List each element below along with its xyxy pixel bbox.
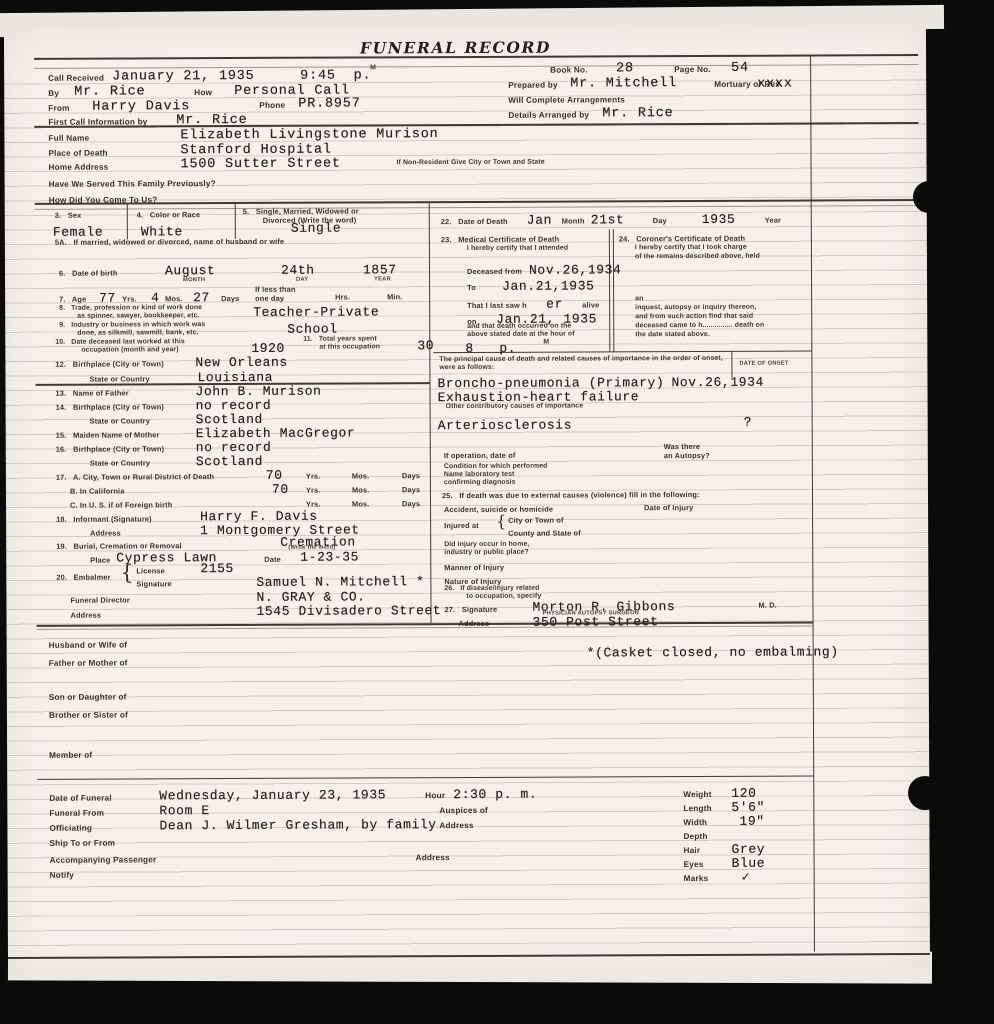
label-17a-mos: Mos. — [352, 471, 369, 480]
value-last-saw-er: er — [546, 297, 563, 312]
label-24-came-to: deceased came to h............... death … — [635, 322, 764, 330]
form-rule — [34, 122, 918, 128]
value-marital: Single — [291, 221, 341, 236]
label-24-inquest: inquest, autopsy or inquiry thereon, — [635, 304, 756, 312]
label-signature: Signature — [136, 579, 171, 588]
label-24-certify-1: I hereby certify that I took charge — [635, 244, 747, 251]
value-full-name: Elizabeth Livingstone Murison — [180, 127, 438, 143]
label-an-autopsy: an Autopsy? — [664, 451, 710, 460]
label-7-age: 7. Age — [59, 295, 86, 304]
label-md: M. D. — [758, 601, 776, 610]
value-call-received-time: 9:45 p. — [300, 68, 371, 83]
value-physician-address: 350 Post Street — [533, 614, 659, 630]
value-father-birthplace: no record — [196, 398, 272, 413]
label-last-saw: That I last saw h — [467, 301, 527, 310]
label-age-days: Days — [221, 294, 239, 303]
label-hour-m: M — [543, 339, 549, 346]
value-contributory-onset: ? — [744, 415, 752, 430]
label-accompanying-passenger: Accompanying Passenger — [50, 855, 157, 864]
value-contributory-cause: Arteriosclerosis — [438, 418, 572, 434]
label-brother-or-sister-of: Brother or Sister of — [49, 710, 128, 719]
label-funeral-director: Funeral Director — [70, 595, 130, 604]
value-17a-yrs: 70 — [266, 468, 283, 483]
label-length: Length — [683, 804, 712, 813]
value-trade-line2: School — [287, 322, 337, 337]
label-death-occurred-2: above stated date at the hour of — [467, 331, 574, 338]
form-rule — [34, 64, 918, 69]
label-day: DAY — [296, 277, 308, 283]
label-14-birthplace: 14. Birthplace (City or Town) — [56, 402, 164, 411]
funeral-record-card: FUNERAL RECORDCall ReceivedJanuary 21, 1… — [4, 24, 930, 974]
label-license: License — [136, 566, 165, 575]
label-ship-to-or-from: Ship To or From — [49, 839, 115, 848]
form-rule — [127, 203, 129, 239]
label-27-address: Address — [459, 619, 490, 628]
label-12-birthplace: 12. Birthplace (City or Town) — [55, 359, 163, 368]
label-served-previously: Have We Served This Family Previously? — [49, 179, 216, 189]
label-24-an: an — [635, 295, 643, 302]
value-home-address: 1500 Sutter Street — [181, 157, 341, 173]
value-length: 5'6" — [731, 800, 765, 815]
label-17c-days: Days — [402, 499, 420, 508]
value-date-of-funeral: Wednesday, January 23, 1935 — [159, 787, 386, 803]
value-phone: PR.8957 — [298, 96, 360, 111]
embalmer-brace: { — [120, 560, 133, 584]
value-marks-check: ✓ — [742, 870, 751, 885]
label-24-certify-2: of the remains described above, held — [635, 253, 760, 261]
label-home-address: Home Address — [49, 163, 109, 172]
form-rule — [731, 351, 732, 378]
form-rule — [810, 55, 815, 951]
label-phone: Phone — [259, 101, 285, 110]
label-auspices-of: Auspices of — [439, 806, 488, 815]
value-last-worked: 1920 — [251, 341, 285, 356]
label-11-total-years-1: 11. Total years spent — [303, 335, 376, 342]
value-mother-name: Elizabeth MacGregor — [196, 425, 356, 441]
value-embalmer-signature: Samuel N. Mitchell * — [256, 574, 424, 590]
label-deceased-from: Deceased from — [467, 267, 522, 276]
label-hrs: Hrs. — [335, 293, 350, 302]
value-first-call-info: Mr. Rice — [176, 113, 247, 128]
value-father-name: John B. Murison — [195, 384, 321, 400]
label-hair: Hair — [684, 846, 701, 855]
label-principal-cause-2: were as follows: — [439, 364, 494, 371]
label-25-external-causes: 25. If death was due to external causes … — [442, 490, 700, 500]
value-death-day: 21st — [591, 212, 625, 227]
label-full-name: Full Name — [48, 134, 89, 143]
label-first-call-info: First Call Information by — [48, 117, 147, 126]
label-book-no: Book No. — [550, 65, 588, 74]
form-rule — [429, 202, 432, 623]
form-rule — [433, 350, 811, 353]
label-17b-days: Days — [402, 485, 420, 494]
label-date-of-injury: Date of Injury — [644, 503, 693, 512]
value-deceased-from: Nov.26,1934 — [529, 262, 621, 277]
label-date-of-onset: DATE OF ONSET — [739, 361, 788, 367]
label-17c: C. In U. S. if of Foreign birth — [70, 500, 172, 509]
label-17c-yrs: Yrs. — [306, 500, 321, 509]
label-marks: Marks — [684, 874, 709, 883]
label-23-medical-certificate: 23. Medical Certificate of Death — [441, 235, 560, 245]
value-by: Mr. Rice — [74, 84, 145, 99]
label-how: How — [194, 88, 212, 97]
label-10-last-worked-2: occupation (month and year) — [81, 346, 178, 353]
value-prepared-by: Mr. Mitchell — [570, 76, 677, 91]
label-4-color-race: 4. Color or Race — [137, 210, 201, 219]
label-call-received: Call Received — [48, 74, 104, 83]
value-trade-line1: Teacher-Private — [253, 304, 379, 320]
label-8-trade-2: as spinner, sawyer, bookkeeper, etc. — [77, 312, 199, 320]
label-24-action: and from such action find that said — [635, 313, 753, 321]
value-17b-yrs: 70 — [272, 482, 289, 497]
label-17b-mos: Mos. — [352, 485, 369, 494]
label-3-sex: 3. Sex — [55, 211, 82, 220]
label-father-or-mother-of: Father or Mother of — [49, 658, 128, 667]
value-birthplace-state: Louisiana — [197, 370, 273, 385]
value-death-hour: 8 — [465, 341, 473, 356]
value-birth-day: 24th — [281, 263, 315, 278]
label-death-occurred-1: and that death occurred on the — [467, 323, 571, 330]
scan-background: FUNERAL RECORDCall ReceivedJanuary 21, 1… — [0, 0, 994, 1024]
value-death-month: Jan — [527, 213, 552, 228]
label-funeral-from: Funeral From — [49, 809, 104, 818]
label-by: By — [48, 89, 59, 98]
form-rule — [609, 229, 611, 351]
label-18-address: Address — [90, 529, 121, 538]
value-age-days: 27 — [193, 290, 210, 305]
label-8-trade-1: 8. Trade, profession or kind of work don… — [59, 304, 202, 312]
form-rule — [35, 199, 919, 205]
label-how-come-to-us: How Did You Come To Us? — [49, 195, 158, 204]
value-birthplace-city: New Orleans — [195, 355, 287, 370]
label-if-less-than-2: one day — [255, 294, 284, 303]
label-17b-yrs: Yrs. — [306, 486, 321, 495]
label-details-arranged-by: Details Arranged by — [508, 110, 589, 119]
label-age-mos: Mos. — [165, 294, 182, 303]
label-13-father: 13. Name of Father — [56, 388, 129, 397]
label-place-of-death: Place of Death — [48, 149, 107, 158]
label-9-industry-1: 9. Industry or business in which work wa… — [59, 321, 205, 329]
label-principal-cause-1: The principal cause of death and related… — [439, 355, 722, 363]
value-total-years: 30 — [417, 338, 434, 353]
form-rule — [8, 953, 930, 959]
label-fd-address: Address — [70, 611, 101, 620]
label-9-industry-2: done, as silkmill, sawmill, bank, etc. — [77, 329, 198, 337]
form-rule — [37, 775, 813, 780]
label-year: YEAR — [374, 276, 391, 282]
label-17a-yrs: Yrs. — [306, 472, 321, 481]
label-20-embalmer: 20. Embalmer — [56, 573, 110, 582]
value-fd-address: 1545 Divisadero Street — [256, 603, 441, 619]
label-was-there: Was there — [664, 442, 700, 451]
value-officiating: Dean J. Wilmer Gresham, by family — [159, 817, 436, 833]
label-meridian-m: M — [370, 64, 376, 71]
value-details-arranged-by: Mr. Rice — [602, 106, 673, 121]
label-19-date: Date — [264, 555, 281, 564]
label-hour: Hour — [425, 791, 445, 800]
value-age-yrs: 77 — [99, 291, 116, 306]
injured-at-brace: { — [496, 512, 506, 531]
value-width: 19" — [739, 814, 764, 829]
label-26-disease-1: 26. If disease/injury related — [444, 585, 539, 592]
value-father-state: Scotland — [196, 412, 263, 427]
value-age-mos: 4 — [151, 290, 159, 305]
binder-notch-bottom — [908, 776, 942, 810]
label-14-state: State or Country — [90, 416, 150, 425]
label-condition-performed: Condition for which performed — [444, 463, 548, 470]
label-death-month: Month — [562, 216, 585, 225]
value-funeral-from: Room E — [159, 803, 209, 818]
value-license: 2155 — [200, 561, 234, 576]
form-rule — [35, 205, 919, 210]
value-eyes: Blue — [732, 856, 766, 871]
value-cause-primary-onset: Nov.26,1934 — [671, 375, 763, 390]
label-will-complete-arrangements: Will Complete Arrangements — [508, 95, 625, 105]
label-24-coroner-certificate: 24. Coroner's Certificate of Death — [619, 234, 745, 244]
label-page-no: Page No. — [674, 65, 711, 74]
label-17c-mos: Mos. — [352, 499, 369, 508]
value-burial-date: 1-23-35 — [300, 549, 359, 564]
label-other-contributory: Other contributory causes of importance — [446, 402, 584, 410]
label-injured-at: Injured at — [444, 521, 479, 530]
value-book-no: 28 — [616, 61, 634, 76]
label-city-or-town-of: City or Town of — [508, 516, 564, 525]
label-name-laboratory: Name laboratory test — [444, 471, 515, 478]
label-member-of: Member of — [49, 751, 92, 760]
value-casket-note: *(Casket closed, no embalming) — [587, 644, 839, 660]
label-12-state: State or Country — [89, 374, 149, 383]
label-11-total-years-2: at this occupation — [319, 343, 380, 350]
value-page-no: 54 — [731, 61, 749, 76]
label-width: Width — [683, 818, 707, 827]
label-5a: 5A. If married, widowed or divorced, nam… — [55, 237, 284, 247]
label-27-signature: 27. Signature — [444, 605, 497, 614]
label-deceased-to: To — [467, 283, 476, 292]
label-22-date-of-death: 22. Date of Death — [441, 217, 508, 226]
label-prepared-by: Prepared by — [508, 81, 558, 90]
label-month: MONTH — [183, 277, 205, 283]
form-rule — [612, 229, 614, 351]
label-county-and-state-of: County and State of — [508, 529, 581, 538]
label-son-or-daughter-of: Son or Daughter of — [49, 692, 127, 701]
label-17b: B. In California — [70, 486, 125, 495]
value-mother-birthplace: no record — [196, 440, 272, 455]
label-confirming-diagnosis: confirming diagnosis — [444, 479, 516, 486]
label-date-of-funeral: Date of Funeral — [49, 794, 112, 803]
form-rule — [235, 203, 237, 239]
label-manner-of-injury: Manner of Injury — [444, 563, 504, 572]
label-age-yrs: Yrs. — [122, 294, 137, 303]
value-weight: 120 — [731, 786, 756, 801]
label-if-less-than-1: If less than — [255, 285, 295, 294]
value-deceased-to: Jan.21,1935 — [502, 278, 594, 293]
label-eyes: Eyes — [684, 860, 704, 869]
label-if-operation: If operation, date of — [444, 451, 516, 460]
label-6-date-of-birth: 6. Date of birth — [59, 269, 118, 278]
label-26-disease-2: to occupation, specify — [466, 593, 541, 600]
value-call-received-date: January 21, 1935 — [112, 69, 254, 85]
value-birth-month: August — [165, 263, 215, 278]
label-non-resident: If Non-Resident Give City or Town and St… — [397, 159, 545, 167]
label-depth: Depth — [683, 832, 707, 841]
value-mortuary-strikeout: xxxx — [757, 77, 793, 92]
label-18-informant: 18. Informant (Signature) — [56, 514, 152, 523]
label-16-birthplace: 16. Birthplace (City or Town) — [56, 444, 164, 453]
label-accompanying-address: Address — [416, 853, 450, 862]
label-24-date-stated: the date stated above. — [635, 331, 710, 338]
form-title: FUNERAL RECORD — [360, 38, 551, 58]
label-16-state: State or Country — [90, 458, 150, 467]
label-23-attended: I hereby certify that I attended — [467, 245, 568, 252]
binder-notch-top — [913, 181, 945, 213]
label-min: Min. — [387, 292, 402, 301]
label-17a: 17. A. City, Town or Rural District of D… — [56, 472, 214, 482]
label-injury-occur-1: Did injury occur in home, — [444, 541, 529, 548]
value-hair: Grey — [731, 842, 765, 857]
value-mother-state: Scotland — [196, 454, 263, 469]
label-10-last-worked-1: 10. Date deceased last worked at this — [55, 338, 185, 346]
label-15-mother: 15. Maiden Name of Mother — [56, 430, 160, 439]
label-weight: Weight — [683, 790, 711, 799]
label-officiating: Officiating — [49, 824, 92, 833]
value-death-year: 1935 — [702, 212, 736, 227]
label-husband-or-wife-of: Husband or Wife of — [49, 640, 128, 649]
label-death-year: Year — [765, 216, 781, 225]
label-injury-occur-2: industry or public place? — [444, 549, 528, 556]
label-officiating-address: Address — [439, 821, 473, 830]
label-notify: Notify — [50, 871, 74, 880]
value-birth-year: 1857 — [363, 262, 397, 277]
label-death-day: Day — [653, 216, 667, 225]
label-alive: alive — [582, 300, 599, 309]
label-from: From — [48, 104, 69, 113]
value-death-hour-meridian: p. — [499, 341, 516, 356]
value-funeral-hour: 2:30 p. m. — [453, 787, 537, 802]
label-19-place: Place — [90, 556, 110, 565]
label-17a-days: Days — [402, 471, 420, 480]
